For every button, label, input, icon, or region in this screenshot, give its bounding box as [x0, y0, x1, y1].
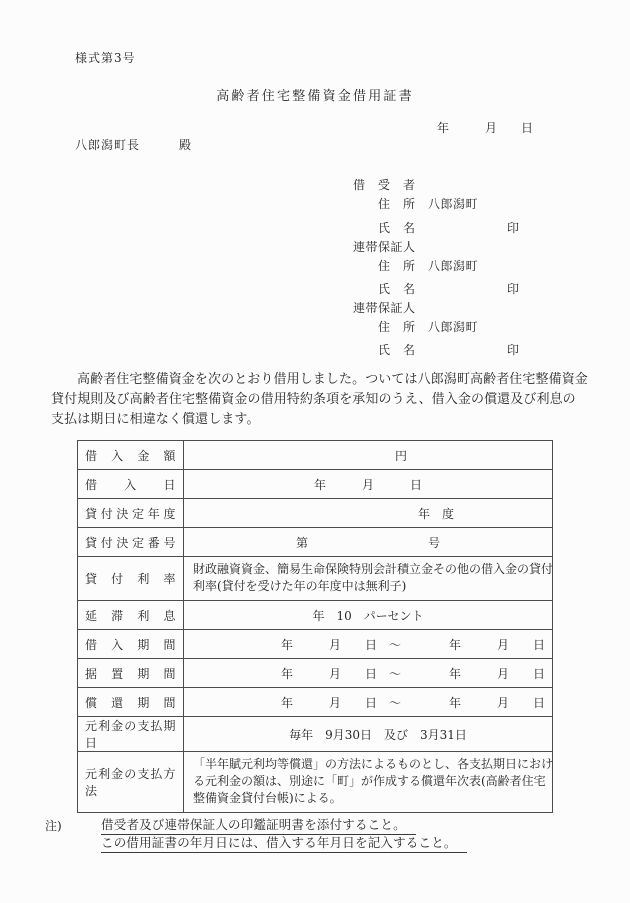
note-marker: 注): [45, 817, 62, 834]
row-overdue-interest: 延滞利息 年 10 パーセント: [78, 601, 553, 630]
note-line: 借受者及び連帯保証人の印鑑証明書を添付すること。: [101, 815, 416, 835]
guarantor1-name: 氏 名: [378, 280, 416, 297]
guarantor2-name: 氏 名: [378, 341, 416, 358]
overdue-interest-label: 延滞利息: [78, 601, 184, 630]
interest-rate-value: 財政融資資金、簡易生命保険特別会計積立金その他の借入金の貸付 利率(貸付を受けた…: [184, 557, 553, 601]
decision-year-label: 貸付決定年度: [78, 499, 184, 528]
guarantor1-address: 住 所 八郎潟町: [378, 257, 478, 274]
decision-number-value: 第 号: [184, 528, 553, 557]
borrower-address: 住 所 八郎潟町: [378, 195, 478, 212]
deferment-period-value: 年 月 日 ～ 年 月 日: [184, 659, 553, 688]
borrower-name: 氏 名: [378, 219, 416, 236]
repayment-period-value: 年 月 日 ～ 年 月 日: [184, 688, 553, 717]
row-decision-year: 貸付決定年度 年 度: [78, 499, 553, 528]
row-payment-method: 元利金の支払方法 「半年賦元利均等償還」の方法によるものとし、各支払期日におけ …: [78, 752, 553, 813]
overdue-interest-value: 年 10 パーセント: [184, 601, 553, 630]
payment-method-value: 「半年賦元利均等償還」の方法によるものとし、各支払期日におけ る元利金の額は、別…: [184, 752, 553, 813]
body-paragraph-line: 高齢者住宅整備資金を次のとおり借用しました。ついては八郎潟町高齢者住宅整備資金: [51, 368, 573, 388]
guarantor2-label: 連帯保証人: [353, 299, 416, 316]
loan-amount-label: 借入金額: [78, 441, 184, 470]
borrower-seal: 印: [507, 219, 520, 236]
interest-rate-label: 貸付利率: [78, 557, 184, 601]
document-page: 様式第3号 高齢者住宅整備資金借用証書 年 月 日 八郎潟町長 殿 借 受 者 …: [0, 0, 630, 903]
deferment-period-label: 据置期間: [78, 659, 184, 688]
row-payment-due-date: 元利金の支払期日 毎年 9月30日 及び 3月31日: [78, 717, 553, 752]
loan-date-label: 借入日: [78, 470, 184, 499]
loan-terms-table: 借入金額 円 借入日 年 月 日 貸付決定年度 年 度 貸付決定番号 第 号 貸…: [77, 440, 553, 813]
form-number: 様式第3号: [75, 49, 136, 66]
guarantor2-address: 住 所 八郎潟町: [378, 318, 478, 335]
guarantor1-seal: 印: [507, 280, 520, 297]
guarantor2-seal: 印: [507, 341, 520, 358]
row-repayment-period: 償還期間 年 月 日 ～ 年 月 日: [78, 688, 553, 717]
payment-due-date-label: 元利金の支払期日: [78, 717, 184, 752]
row-deferment-period: 据置期間 年 月 日 ～ 年 月 日: [78, 659, 553, 688]
document-title: 高齢者住宅整備資金借用証書: [0, 85, 630, 104]
addressee-line: 八郎潟町長 殿: [75, 136, 192, 153]
loan-date-value: 年 月 日: [184, 470, 553, 499]
payment-method-label: 元利金の支払方法: [78, 752, 184, 813]
decision-number-label: 貸付決定番号: [78, 528, 184, 557]
borrower-label: 借 受 者: [353, 176, 416, 193]
note-line: この借用証書の年月日には、借入する年月日を記入すること。: [101, 833, 467, 853]
row-loan-amount: 借入金額 円: [78, 441, 553, 470]
body-paragraph-line: 支払は期日に相違なく償還します。: [51, 408, 573, 428]
row-loan-date: 借入日 年 月 日: [78, 470, 553, 499]
row-decision-number: 貸付決定番号 第 号: [78, 528, 553, 557]
loan-period-value: 年 月 日 ～ 年 月 日: [184, 630, 553, 659]
decision-year-value: 年 度: [184, 499, 553, 528]
guarantor1-label: 連帯保証人: [353, 238, 416, 255]
date-line: 年 月 日: [437, 119, 533, 136]
row-loan-period: 借入期間 年 月 日 ～ 年 月 日: [78, 630, 553, 659]
row-interest-rate: 貸付利率 財政融資資金、簡易生命保険特別会計積立金その他の借入金の貸付 利率(貸…: [78, 557, 553, 601]
payment-due-date-value: 毎年 9月30日 及び 3月31日: [184, 717, 553, 752]
loan-period-label: 借入期間: [78, 630, 184, 659]
loan-amount-value: 円: [184, 441, 553, 470]
repayment-period-label: 償還期間: [78, 688, 184, 717]
body-paragraph-line: 貸付規則及び高齢者住宅整備資金の借用特約条項を承知のうえ、借入金の償還及び利息の: [51, 388, 573, 408]
